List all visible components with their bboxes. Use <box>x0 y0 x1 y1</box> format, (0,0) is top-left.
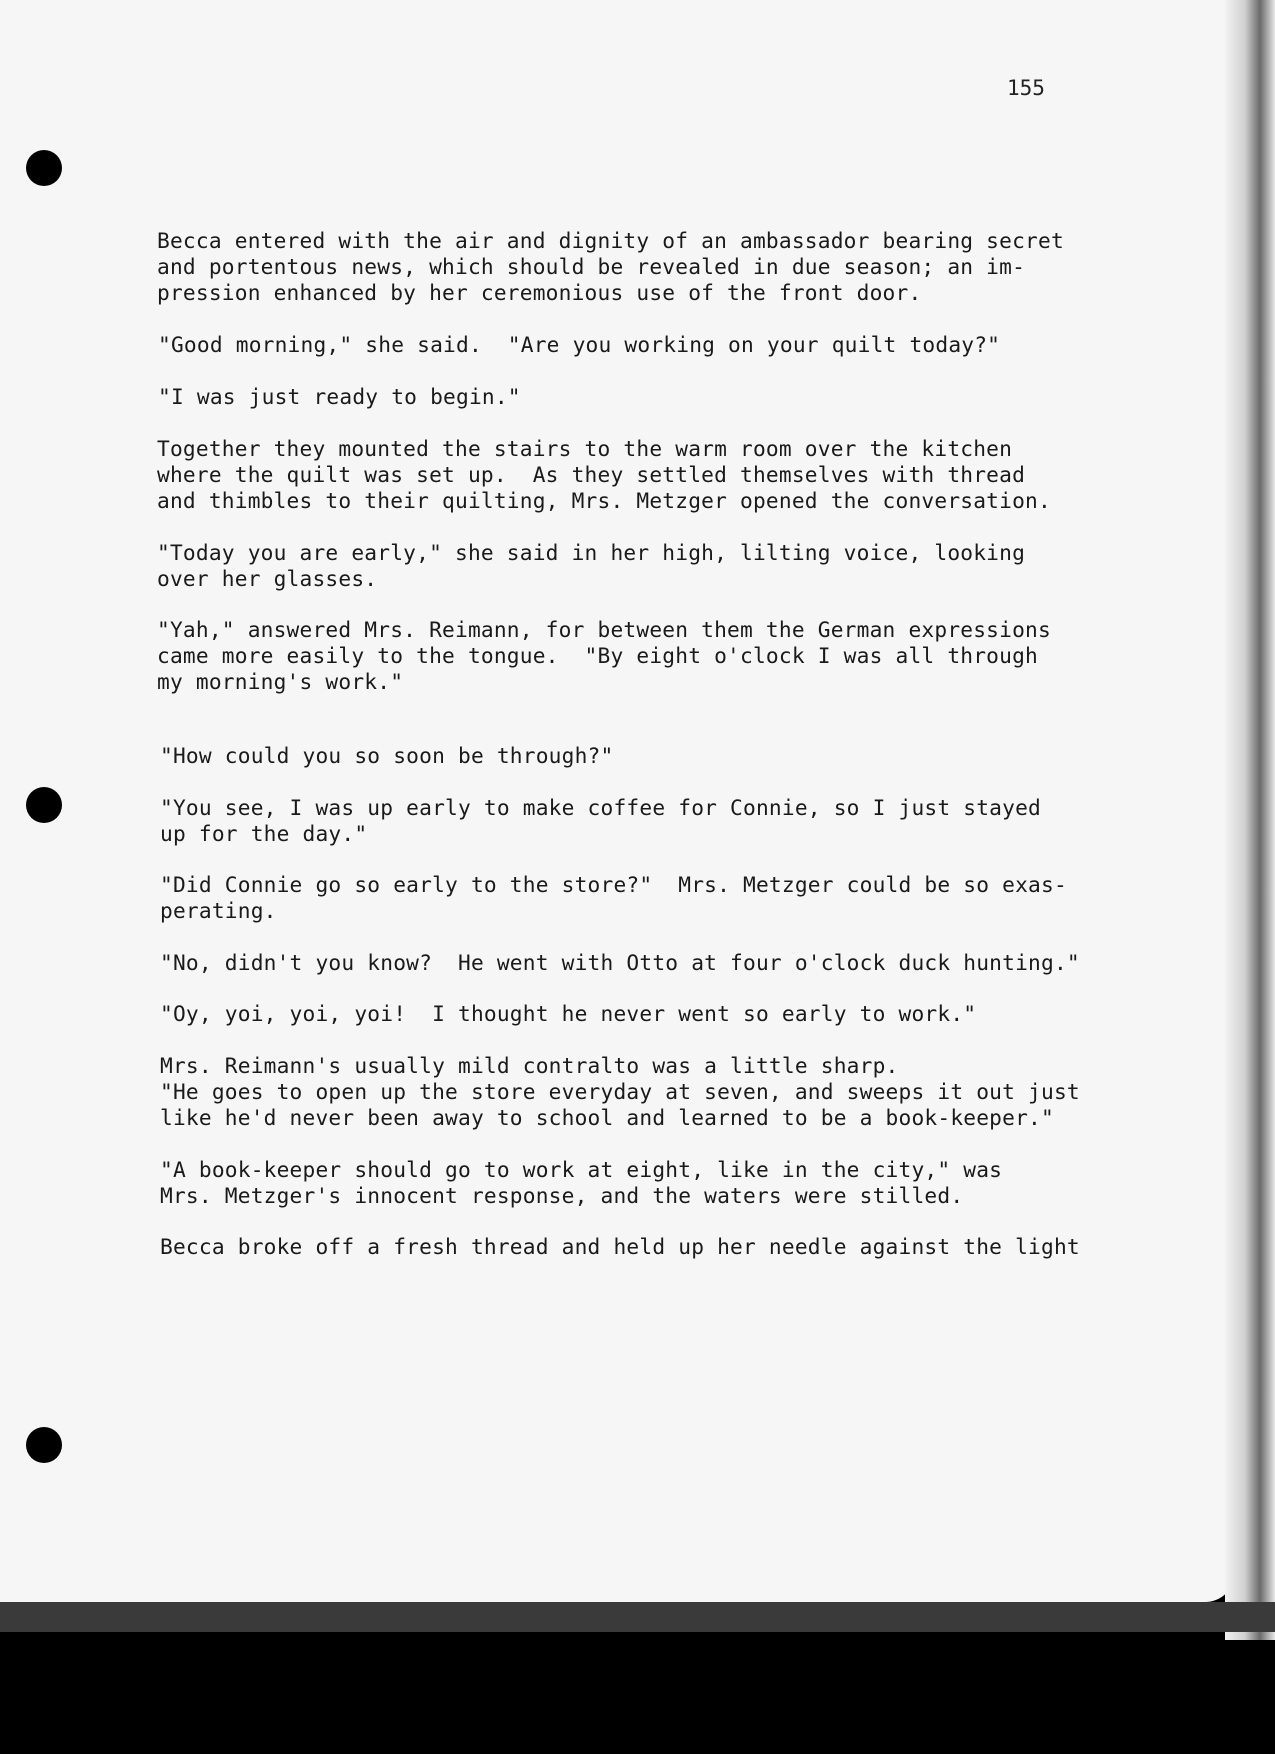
text-line: Mrs. Metzger's innocent response, and th… <box>160 1183 963 1208</box>
text-line: my morning's work." <box>157 669 403 694</box>
text-line: like he'd never been away to school and … <box>160 1105 1054 1130</box>
scanner-edge <box>0 1602 1275 1632</box>
text-line: "You see, I was up early to make coffee … <box>160 795 1041 820</box>
binder-hole-icon <box>26 1427 62 1463</box>
text-line: "Good morning," she said. "Are you worki… <box>158 332 1000 357</box>
text-line: "Oy, yoi, yoi, yoi! I thought he never w… <box>160 1001 976 1026</box>
text-line: "I was just ready to begin." <box>158 384 521 409</box>
text-line: Becca broke off a fresh thread and held … <box>160 1234 1080 1259</box>
text-line: "Yah," answered Mrs. Reimann, for betwee… <box>157 617 1051 642</box>
text-line: "A book-keeper should go to work at eigh… <box>160 1157 1002 1182</box>
binder-hole-icon <box>26 787 62 823</box>
text-line: came more easily to the tongue. "By eigh… <box>157 643 1038 668</box>
text-line: and thimbles to their quilting, Mrs. Met… <box>157 488 1051 513</box>
text-line: Becca entered with the air and dignity o… <box>157 228 1064 253</box>
text-line: over her glasses. <box>157 566 377 591</box>
text-line: "Did Connie go so early to the store?" M… <box>160 872 1067 897</box>
text-line: "Today you are early," she said in her h… <box>157 540 1025 565</box>
binder-hole-icon <box>26 150 62 186</box>
text-line: "No, didn't you know? He went with Otto … <box>160 950 1080 975</box>
page-number: 155 <box>1007 76 1045 100</box>
page-edge-shadow <box>1225 0 1275 1640</box>
text-line: "How could you so soon be through?" <box>160 743 613 768</box>
text-line: and portentous news, which should be rev… <box>157 254 1025 279</box>
text-line: Together they mounted the stairs to the … <box>157 436 1012 461</box>
text-line: up for the day." <box>160 821 367 846</box>
text-line: "He goes to open up the store everyday a… <box>160 1079 1080 1104</box>
text-line: perating. <box>160 898 277 923</box>
text-line: Mrs. Reimann's usually mild contralto wa… <box>160 1053 899 1078</box>
text-line: where the quilt was set up. As they sett… <box>157 462 1025 487</box>
text-line: pression enhanced by her ceremonious use… <box>157 280 921 305</box>
